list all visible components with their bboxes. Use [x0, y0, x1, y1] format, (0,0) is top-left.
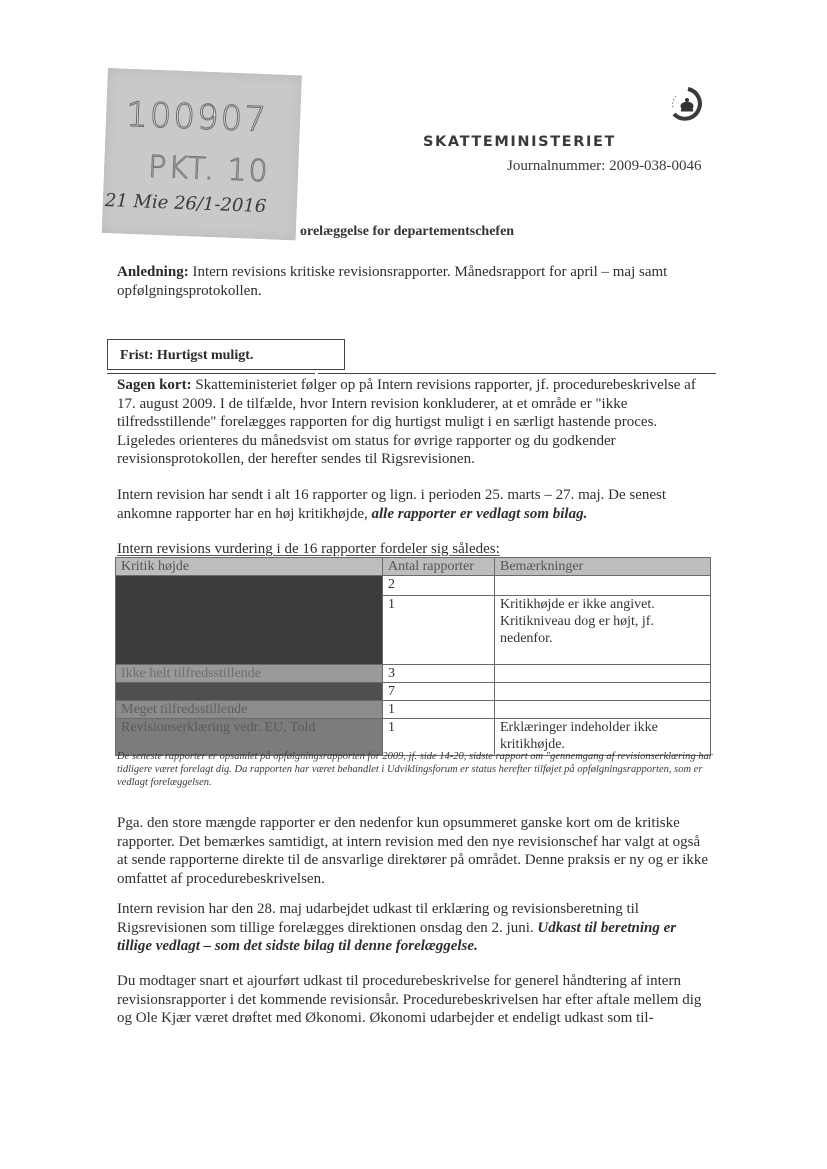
column-header: Antal rapporter	[383, 558, 495, 576]
summary-paragraph: Sagen kort: Skatteministeriet følger op …	[117, 376, 713, 469]
table-row: Meget tilfredsstillende 1	[116, 701, 711, 719]
table-row: 2	[116, 576, 711, 596]
table-row: Ikke helt tilfredsstillende 3	[116, 665, 711, 683]
reports-sent-paragraph: Intern revision har sendt i alt 16 rappo…	[117, 486, 713, 523]
stamp-number: 100907	[125, 95, 268, 140]
remark-cell	[495, 665, 711, 683]
anledning-label: Anledning:	[117, 264, 189, 280]
stamp-point: PKT. 10	[148, 150, 271, 190]
level-cell: Ikke helt tilfredsstillende	[116, 665, 383, 683]
draft-report-paragraph: Intern revision har den 28. maj udarbejd…	[117, 900, 713, 956]
table-footnote: De seneste rapporter er opsamlet på opfø…	[117, 750, 717, 789]
level-cell: Meget tilfredsstillende	[116, 701, 383, 719]
reports-sent-emphasis: alle rapporter er vedlagt som bilag.	[372, 506, 588, 522]
archive-stamp: 100907 PKT. 10 21 Mie 26/1-2016	[102, 68, 302, 240]
stamp-date: 21 Mie 26/1-2016	[105, 190, 267, 217]
column-header: Bemærkninger	[495, 558, 711, 576]
redacted-level-cell	[116, 576, 383, 665]
count-cell: 3	[383, 665, 495, 683]
table-intro: Intern revisions vurdering i de 16 rappo…	[117, 541, 500, 558]
anledning-text: Intern revisions kritiske revisionsrappo…	[117, 264, 667, 299]
procedure-paragraph: Du modtager snart et ajourført udkast ti…	[117, 972, 713, 1028]
count-cell: 1	[383, 596, 495, 665]
column-header: Kritik højde	[116, 558, 383, 576]
assessment-table: Kritik højde Antal rapporter Bemærkninge…	[115, 557, 711, 756]
divider	[107, 373, 315, 374]
remark-cell	[495, 683, 711, 701]
divider	[318, 373, 716, 374]
document-title: orelæggelse for departementschefen	[300, 224, 514, 240]
remark-cell	[495, 701, 711, 719]
remark-cell: Kritikhøjde er ikke angivet. Kritiknivea…	[495, 596, 711, 665]
summary-label: Sagen kort:	[117, 377, 192, 393]
redacted-level-cell	[116, 683, 383, 701]
count-cell: 2	[383, 576, 495, 596]
ministry-name: SKATTEMINISTERIET	[423, 134, 616, 150]
table-header-row: Kritik højde Antal rapporter Bemærkninge…	[116, 558, 711, 576]
table-row: 7	[116, 683, 711, 701]
crown-icon	[668, 86, 704, 122]
count-cell: 7	[383, 683, 495, 701]
deadline-box: Frist: Hurtigst muligt.	[107, 339, 345, 370]
summary-text: Skatteministeriet følger op på Intern re…	[117, 377, 696, 467]
journal-number: Journalnummer: 2009-038-0046	[507, 158, 702, 175]
count-cell: 1	[383, 701, 495, 719]
volume-paragraph: Pga. den store mængde rapporter er den n…	[117, 814, 713, 888]
remark-cell	[495, 576, 711, 596]
anledning-paragraph: Anledning: Intern revisions kritiske rev…	[117, 263, 713, 300]
